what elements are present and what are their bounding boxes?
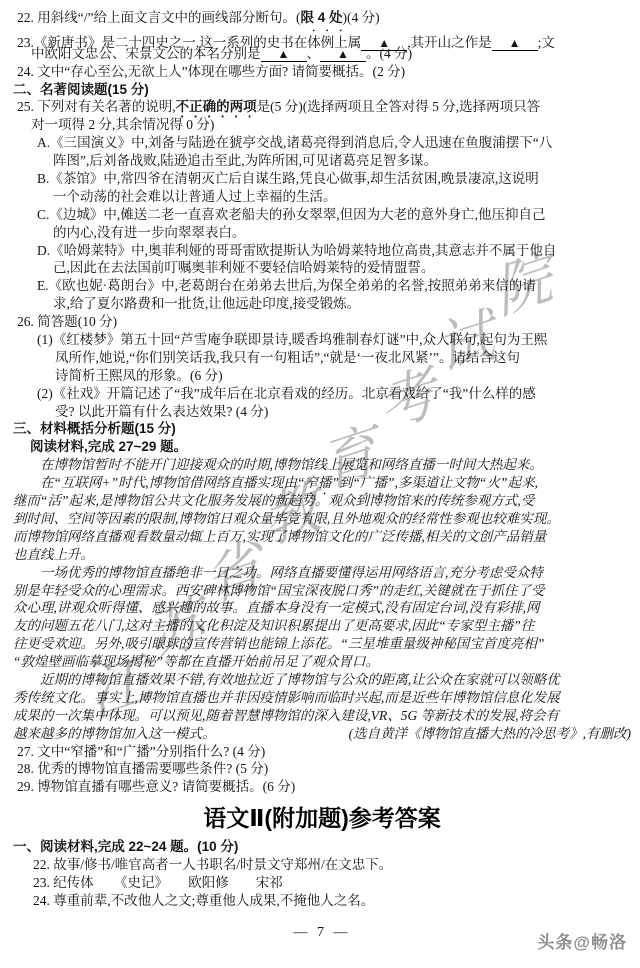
answers-block: 一、阅读材料,完成 22~24 题。(10 分)22. 故事/修书/唯官高者一人… [13,838,631,910]
text-segment: 而博物馆网络直播观看数量动辄上百万,实现了博物馆文化的广泛传播,相关的文创产品销… [13,529,546,544]
material-p2-line4: 而博物馆网络直播观看数量动辄上百万,实现了博物馆文化的广泛传播,相关的文创产品销… [13,528,631,546]
text-segment: 27. 文中“窄播”和“广播”分别指什么? (4 分) [17,744,265,759]
option-A-line1: A.《三国演义》中,刘备与陆逊在猇亭交战,诸葛亮得到消息后,令人迅速在鱼腹浦摆下… [37,134,631,152]
text-segment: (1)《红楼梦》第五十回“芦雪庵争联即景诗,暖香坞雅制春灯谜”中,众人联句,起句… [37,332,547,347]
answer-22: 22. 故事/修书/唯官高者一人书职名/时景文守郑州/在文忠下。 [33,856,631,874]
text-segment: 在博物馆暂时不能开门迎接观众的时期,博物馆线上展览和网络直播一时间大热起来。 [40,457,543,472]
text-segment: 到时间、空间等因素的限制,博物馆日观众量毕竟有限,且外地观众的经常性参观也较难实… [13,511,560,526]
material-p4-line4-with-source: 越来越多的博物馆加入这一模式。(选自黄洋《博物馆直播大热的冷思考》,有删改) [13,725,631,743]
exam-paper-page: 22. 用斜线“/”给上面文言文中的画线部分断句。(限 4 处)(4 分)23.… [13,9,631,941]
question-26-2-line1: (2)《社戏》开篇记述了“我”成年后在北京看戏的经历。北京看戏给了“我”什么样的… [37,385,631,403]
text-segment: ;文 [538,35,555,50]
option-C-line2: 的内心,没有进一步向翠翠表白。 [53,224,631,242]
text-segment: “敦煌壁画临摹现场揭秘”等都在直播开始前吊足了观众胃口。 [13,654,379,669]
text-segment: 众心理,讲观众听得懂、感兴趣的故事。直播本身没有一定模式,没有固定台词,没有彩排… [13,600,540,615]
text-segment: 凤所作,她说,“你们别笑话我,我只有一句粗话”,“就是‘一夜北风紧’”。请结合这… [55,350,520,365]
question-26-1-line2: 凤所作,她说,“你们别笑话我,我只有一句粗话”,“就是‘一夜北风紧’”。请结合这… [55,349,631,367]
text-segment: 中欧阳文忠公、宋景文公的本名分别是 [31,46,261,61]
text-segment: 窄播 [305,475,332,490]
answer-blank-triangle: ▲ [492,37,538,51]
text-segment: 成果的一次集中体现。可以预见,随着智慧博物馆的深入建设,VR、5G 等新技术的发… [13,708,559,723]
text-segment: B.《茶馆》中,常四爷在清朝灭亡后自谋生路,凭良心做事,却生活贫困,晚景凄凉,这… [37,171,539,186]
text-segment: (选自黄洋《博物馆直播大热的冷思考》,有删改) [349,725,631,743]
text-segment: 对一项得 2 分,其余情况得 0 分) [31,117,214,132]
answer-24: 24. 尊重前辈,不改他人之文;尊重他人成果,不掩他人之名。 [33,892,631,910]
section-3-header: 三、材料概括分析题(15 分) [13,420,631,438]
answer-23: 23. 纪传体 《史记》 欧阳修 宋祁 [33,874,631,892]
toutiao-brand-watermark: 头条@畅洛 [537,928,627,953]
question-26-1-line1: (1)《红楼梦》第五十回“芦雪庵争联即景诗,暖香坞雅制春灯谜”中,众人联句,起句… [37,331,631,349]
text-segment: ,其开山之作是 [407,35,491,50]
question-27: 27. 文中“窄播”和“广播”分别指什么? (4 分) [17,743,631,761]
text-segment: 二、名著阅读题(15 分) [13,82,149,97]
question-28: 28. 优秀的博物馆直播需要哪些条件? (5 分) [17,760,631,778]
material-p4-line1: 近期的博物馆直播效果不错,有效地拉近了博物馆与公众的距离,让公众在家就可以领略优 [13,671,631,689]
questions-block: 22. 用斜线“/”给上面文言文中的画线部分断句。(限 4 处)(4 分)23.… [13,9,631,796]
material-p1: 在博物馆暂时不能开门迎接观众的时期,博物馆线上展览和网络直播一时间大热起来。 [13,456,631,474]
text-segment: 22. 故事/修书/唯官高者一人书职名/时景文守郑州/在文忠下。 [33,857,392,872]
text-segment: 不正确的两项 [176,99,257,114]
text-segment: 也直线上升。 [13,547,94,562]
text-segment: 23. 纪传体 《史记》 欧阳修 宋祁 [33,875,283,890]
material-p2-line1: 在“互联网+”时代,博物馆借网络直播实现由“窄播”到“广播”,多渠道让文物“火”… [13,474,631,492]
text-segment: ”到“ [332,475,361,490]
option-E-line2: 求,给了夏尔路费和一批货,让他远赴印度,接受锻炼。 [53,295,631,313]
text-segment: 友的问题五花八门,这对主播的文化积淀及知识积累提出了更高要求,因此“专家型主播”… [13,618,534,633]
option-B-line2: 一个动荡的社会难以让普通人过上幸福的生活。 [53,188,631,206]
option-B-line1: B.《茶馆》中,常四爷在清朝灭亡后自谋生路,凭良心做事,却生活贫困,晚景凄凉,这… [37,170,631,188]
option-A-line2: 阵图”,后刘备战败,陆逊追击至此,为阵所困,可见诸葛亮足智多谋。 [53,152,631,170]
text-segment: 一场优秀的博物馆直播绝非一日之功。网络直播要懂得运用网络语言,充分考虑受众特 [40,565,543,580]
section-2-header: 二、名著阅读题(15 分) [13,81,631,99]
reading-instruction: 阅读材料,完成 27~29 题。 [30,438,631,456]
material-p3-line1: 一场优秀的博物馆直播绝非一日之功。网络直播要懂得运用网络语言,充分考虑受众特 [13,564,631,582]
text-segment: 继而“活”起来,是博物馆公共文化服务发展的新趋势。观众到博物馆来的传统参观方式,… [13,493,534,508]
text-segment: 29. 博物馆直播有哪些意义? 请简要概括。(6 分) [17,779,295,794]
text-segment: 广播 [360,475,387,490]
text-segment: 秀传统文化。事实上,博物馆直播也并非因疫情影响而临时兴起,而是近些年博物馆信息化… [13,690,560,705]
text-segment: 的内心,没有进一步向翠翠表白。 [53,225,245,240]
text-segment: (2)《社戏》开篇记述了“我”成年后在北京看戏的经历。北京看戏给了“我”什么样的… [37,386,536,401]
text-segment: 诗简析王熙凤的形象。(6 分) [55,368,223,383]
option-D-line1: D.《哈姆莱特》中,奥菲利娅的哥哥雷欧提斯认为哈姆莱特地位高贵,其意志并不属于他… [37,242,631,260]
text-segment: 限 4 处 [300,10,342,25]
text-segment: 受? 以此开篇有什么表达效果? (4 分) [55,404,268,419]
material-p4-line3: 成果的一次集中体现。可以预见,随着智慧博物馆的深入建设,VR、5G 等新技术的发… [13,707,631,725]
answer-section-title: 语文Ⅱ(附加题)参考答案 [13,803,631,833]
text-segment: 近期的博物馆直播效果不错,有效地拉近了博物馆与公众的距离,让公众在家就可以领略优 [40,672,560,687]
material-p3-line2: 别是年轻受众的心理需求。西安碑林博物馆“国宝深夜脱口秀”的走红,关键就在于抓住了… [13,582,631,600]
material-p2-line3: 到时间、空间等因素的限制,博物馆日观众量毕竟有限,且外地观众的经常性参观也较难实… [13,510,631,528]
text-segment: 。(4 分) [366,46,412,61]
text-segment: 在“互联网+”时代,博物馆借网络直播实现由“ [40,475,305,490]
answer-blank-triangle: ▲ [261,48,307,62]
text-segment: A.《三国演义》中,刘备与陆逊在猇亭交战,诸葛亮得到消息后,令人迅速在鱼腹浦摆下… [37,135,552,150]
question-25-line1: 25. 下列对有关名著的说明,不正确的两项是(5 分)(选择两项且全答对得 5 … [17,98,631,116]
text-segment: 三、材料概括分析题(15 分) [13,421,176,436]
material-p3-line4: 友的问题五花八门,这对主播的文化积淀及知识积累提出了更高要求,因此“专家型主播”… [13,617,631,635]
option-C-line1: C.《边城》中,傩送二老一直喜欢老船夫的孙女翠翠,但因为大老的意外身亡,他压抑自… [37,206,631,224]
question-23-line1: 23.《新唐书》是二十四史之一,这一系列的史书在体例上属▲,其开山之作是▲;文 [17,27,631,45]
option-E-line1: E.《欧也妮·葛朗台》中,老葛朗台在弟弟去世后,为保全弟弟的名誉,按照弟弟来信的… [37,277,631,295]
text-segment: C.《边城》中,傩送二老一直喜欢老船夫的孙女翠翠,但因为大老的意外身亡,他压抑自… [37,207,546,222]
material-p2-line5: 也直线上升。 [13,546,631,564]
text-segment: 阵图”,后刘备战败,陆逊追击至此,为阵所困,可见诸葛亮足智多谋。 [53,153,437,168]
text-segment: 己,因此在去法国前叮嘱奥菲利娅不要轻信哈姆莱特的爱情盟誓。 [53,260,434,275]
question-25-line2: 对一项得 2 分,其余情况得 0 分) [31,116,631,134]
material-p2-line2: 继而“活”起来,是博物馆公共文化服务发展的新趋势。观众到博物馆来的传统参观方式,… [13,492,631,510]
question-22: 22. 用斜线“/”给上面文言文中的画线部分断句。(限 4 处)(4 分) [17,9,631,27]
text-segment: D.《哈姆莱特》中,奥菲利娅的哥哥雷欧提斯认为哈姆莱特地位高贵,其意志并不属于他… [37,243,556,258]
text-segment: )(4 分) [343,10,380,25]
text-segment: 、 [307,46,321,61]
text-segment: E.《欧也妮·葛朗台》中,老葛朗台在弟弟去世后,为保全弟弟的名誉,按照弟弟来信的… [37,278,536,293]
material-p3-line6: “敦煌壁画临摹现场揭秘”等都在直播开始前吊足了观众胃口。 [13,653,631,671]
text-segment: 往更受欢迎。另外,吸引眼球的宣传营销也能锦上添花。“三星堆重量级神秘国宝首度亮相… [13,636,544,651]
text-segment: 阅读材料,完成 27~29 题。 [30,439,187,454]
question-26-2-line2: 受? 以此开篇有什么表达效果? (4 分) [55,403,631,421]
text-segment: 28. 优秀的博物馆直播需要哪些条件? (5 分) [17,761,268,776]
material-p3-line5: 往更受欢迎。另外,吸引眼球的宣传营销也能锦上添花。“三星堆重量级神秘国宝首度亮相… [13,635,631,653]
text-segment: ”,多渠道让文物“火”起来, [387,475,538,490]
text-segment: 24. 尊重前辈,不改他人之文;尊重他人成果,不掩他人之名。 [33,893,374,908]
answer-section-1-header: 一、阅读材料,完成 22~24 题。(10 分) [13,838,631,856]
material-p3-line3: 众心理,讲观众听得懂、感兴趣的故事。直播本身没有一定模式,没有固定台词,没有彩排… [13,599,631,617]
text-segment: 是(5 分)(选择两项且全答对得 5 分,选择两项只答 [257,99,541,114]
text-segment: 24. 文中“存心至公,无欲上人”体现在哪些方面? 请简要概括。(2 分) [17,64,405,79]
material-p4-line2: 秀传统文化。事实上,博物馆直播也并非因疫情影响而临时兴起,而是近些年博物馆信息化… [13,689,631,707]
answer-blank-triangle: ▲ [320,48,366,62]
text-segment: 26. 简答题(10 分) [17,314,117,329]
option-D-line2: 己,因此在去法国前叮嘱奥菲利娅不要轻信哈姆莱特的爱情盟誓。 [53,259,631,277]
text-segment: 求,给了夏尔路费和一批货,让他远赴印度,接受锻炼。 [53,296,360,311]
text-segment: 25. 下列对有关名著的说明, [17,99,176,114]
question-26-1-line3: 诗简析王熙凤的形象。(6 分) [55,367,631,385]
text-segment: 22. 用斜线“/”给上面文言文中的画线部分断句。( [17,10,300,25]
text-segment: 一、阅读材料,完成 22~24 题。(10 分) [13,839,238,854]
text-segment: 越来越多的博物馆加入这一模式。 [13,725,216,743]
question-24: 24. 文中“存心至公,无欲上人”体现在哪些方面? 请简要概括。(2 分) [17,63,631,81]
text-segment: 一个动荡的社会难以让普通人过上幸福的生活。 [53,189,337,204]
text-segment: 别是年轻受众的心理需求。西安碑林博物馆“国宝深夜脱口秀”的走红,关键就在于抓住了… [13,583,544,598]
question-26: 26. 简答题(10 分) [17,313,631,331]
question-29: 29. 博物馆直播有哪些意义? 请简要概括。(6 分) [17,778,631,796]
